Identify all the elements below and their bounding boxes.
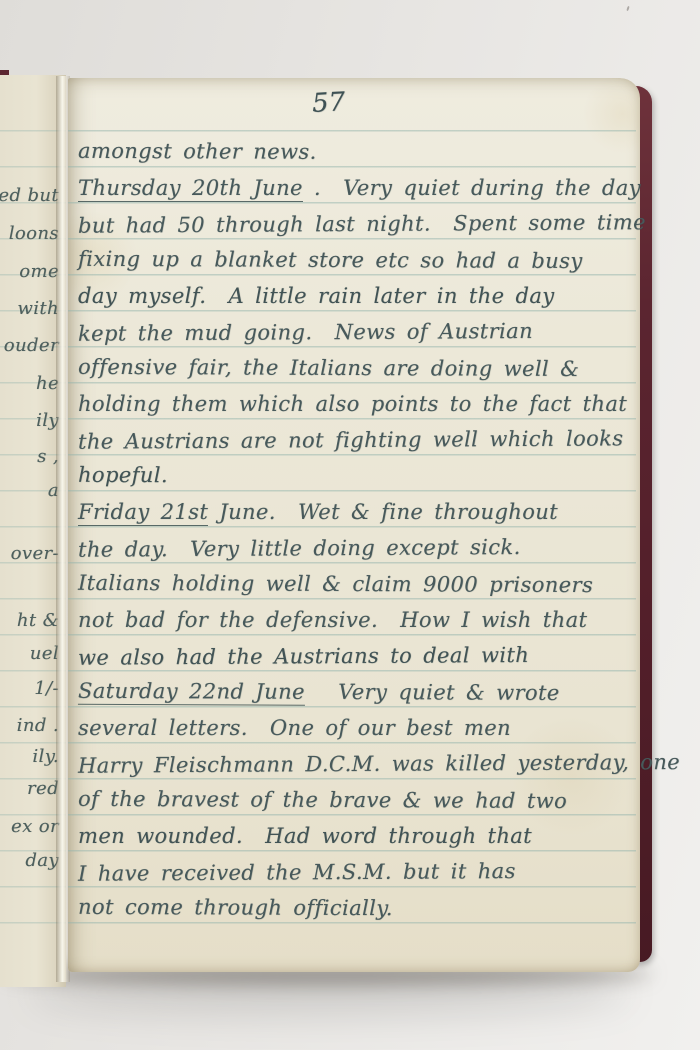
diary-line: we also had the Austrians to deal with	[78, 636, 634, 675]
diary-line-text: we also had the Austrians to deal with	[78, 643, 529, 670]
diary-line-text: men wounded. Had word through that	[78, 824, 532, 848]
page-number: 57	[311, 87, 346, 119]
diary-line-text: I have received the M.S.M. but it has	[78, 859, 516, 886]
diary-line: several letters. One of our best men	[78, 710, 634, 746]
edge-text-fragment: ed but	[0, 185, 59, 206]
edge-text-fragment: ind .	[17, 715, 59, 736]
diary-line: not bad for the defensive. How I wish th…	[78, 602, 634, 638]
diary-date-underlined: Saturday 22nd June	[78, 679, 305, 706]
diary-line: Italians holding well & claim 9000 priso…	[78, 565, 634, 603]
diary-line: fixing up a blanket store etc so had a b…	[78, 241, 634, 279]
diary-line: day myself. A little rain later in the d…	[78, 278, 634, 314]
diary-line-text: kept the mud going. News of Austrian	[78, 319, 533, 346]
diary-line-text: offensive fair, the Italians are doing w…	[78, 355, 579, 381]
diary-line-text: the Austrians are not fighting well whic…	[78, 426, 624, 453]
diary-line: I have received the M.S.M. but it has	[78, 852, 634, 891]
diary-date-underlined: Thursday 20th June	[78, 176, 303, 202]
edge-text-fragment: day	[25, 850, 59, 871]
diary-line-text: amongst other news.	[78, 139, 317, 164]
edge-text-fragment: over-	[11, 543, 59, 564]
diary-line-text: not come through officially.	[78, 895, 393, 920]
diary-line-text: not bad for the defensive. How I wish th…	[78, 608, 587, 632]
background-speck	[626, 6, 629, 11]
diary-line: hopeful.	[78, 457, 634, 495]
diary-line-text: Italians holding well & claim 9000 priso…	[78, 571, 593, 597]
diary-line-text: Very quiet & wrote	[305, 680, 560, 705]
diary-page: 57 amongst other news.Thursday 20th June…	[68, 78, 640, 972]
diary-line-text: fixing up a blanket store etc so had a b…	[78, 247, 583, 273]
diary-line: Friday 21st June. Wet & fine throughout	[78, 494, 634, 530]
diary-line: of the bravest of the brave & we had two	[78, 781, 634, 819]
diary-date-underlined: Friday 21st	[78, 500, 208, 526]
diary-line: Thursday 20th June . Very quiet during t…	[78, 170, 634, 206]
notebook-scene: ed butloonsomewithouderheilys ,aover-ht …	[0, 0, 700, 1050]
diary-line-text: June. Wet & fine throughout	[208, 500, 558, 524]
edge-text-fragment: loons	[9, 223, 59, 244]
diary-photo: { "photo": { "background_color": "#e7e5e…	[0, 0, 700, 1050]
diary-line: offensive fair, the Italians are doing w…	[78, 349, 634, 387]
diary-line: holding them which also points to the fa…	[78, 386, 634, 422]
diary-line-text: the day. Very little doing except sick.	[78, 535, 521, 562]
diary-line-text: but had 50 through last night. Spent som…	[78, 210, 646, 237]
diary-line-text: . Very quiet during the day	[303, 176, 641, 200]
diary-line: men wounded. Had word through that	[78, 818, 634, 854]
edge-text-fragment: ome	[19, 261, 59, 282]
edge-text-fragment: ouder	[4, 335, 59, 356]
diary-line: not come through officially.	[78, 889, 634, 927]
diary-line-text: day myself. A little rain later in the d…	[78, 284, 555, 308]
diary-line: Harry Fleischmann D.C.M. was killed yest…	[78, 744, 634, 783]
diary-line: the day. Very little doing except sick.	[78, 528, 634, 567]
edge-text-fragment: red	[27, 778, 59, 799]
diary-line: Saturday 22nd June Very quiet & wrote	[78, 673, 634, 711]
diary-lines: amongst other news.Thursday 20th June . …	[78, 134, 634, 926]
diary-line: the Austrians are not fighting well whic…	[78, 420, 634, 459]
diary-line-text: of the bravest of the brave & we had two	[78, 787, 567, 813]
edge-text-fragment: with	[17, 298, 59, 319]
edge-text-fragment: ily.	[32, 746, 59, 767]
diary-line: amongst other news.	[78, 133, 634, 171]
diary-line: but had 50 through last night. Spent som…	[78, 204, 634, 243]
diary-line-text: hopeful.	[78, 463, 168, 487]
diary-line-text: several letters. One of our best men	[78, 716, 511, 740]
diary-line-text: Harry Fleischmann D.C.M. was killed yest…	[78, 750, 680, 778]
diary-line-text: holding them which also points to the fa…	[78, 392, 627, 416]
book-shadow-soft	[30, 972, 630, 1014]
edge-text-fragment: ht &	[17, 610, 59, 631]
diary-line: kept the mud going. News of Austrian	[78, 312, 634, 351]
edge-text-fragment: uel	[30, 643, 59, 664]
edge-text-fragment: ex or	[11, 816, 59, 837]
